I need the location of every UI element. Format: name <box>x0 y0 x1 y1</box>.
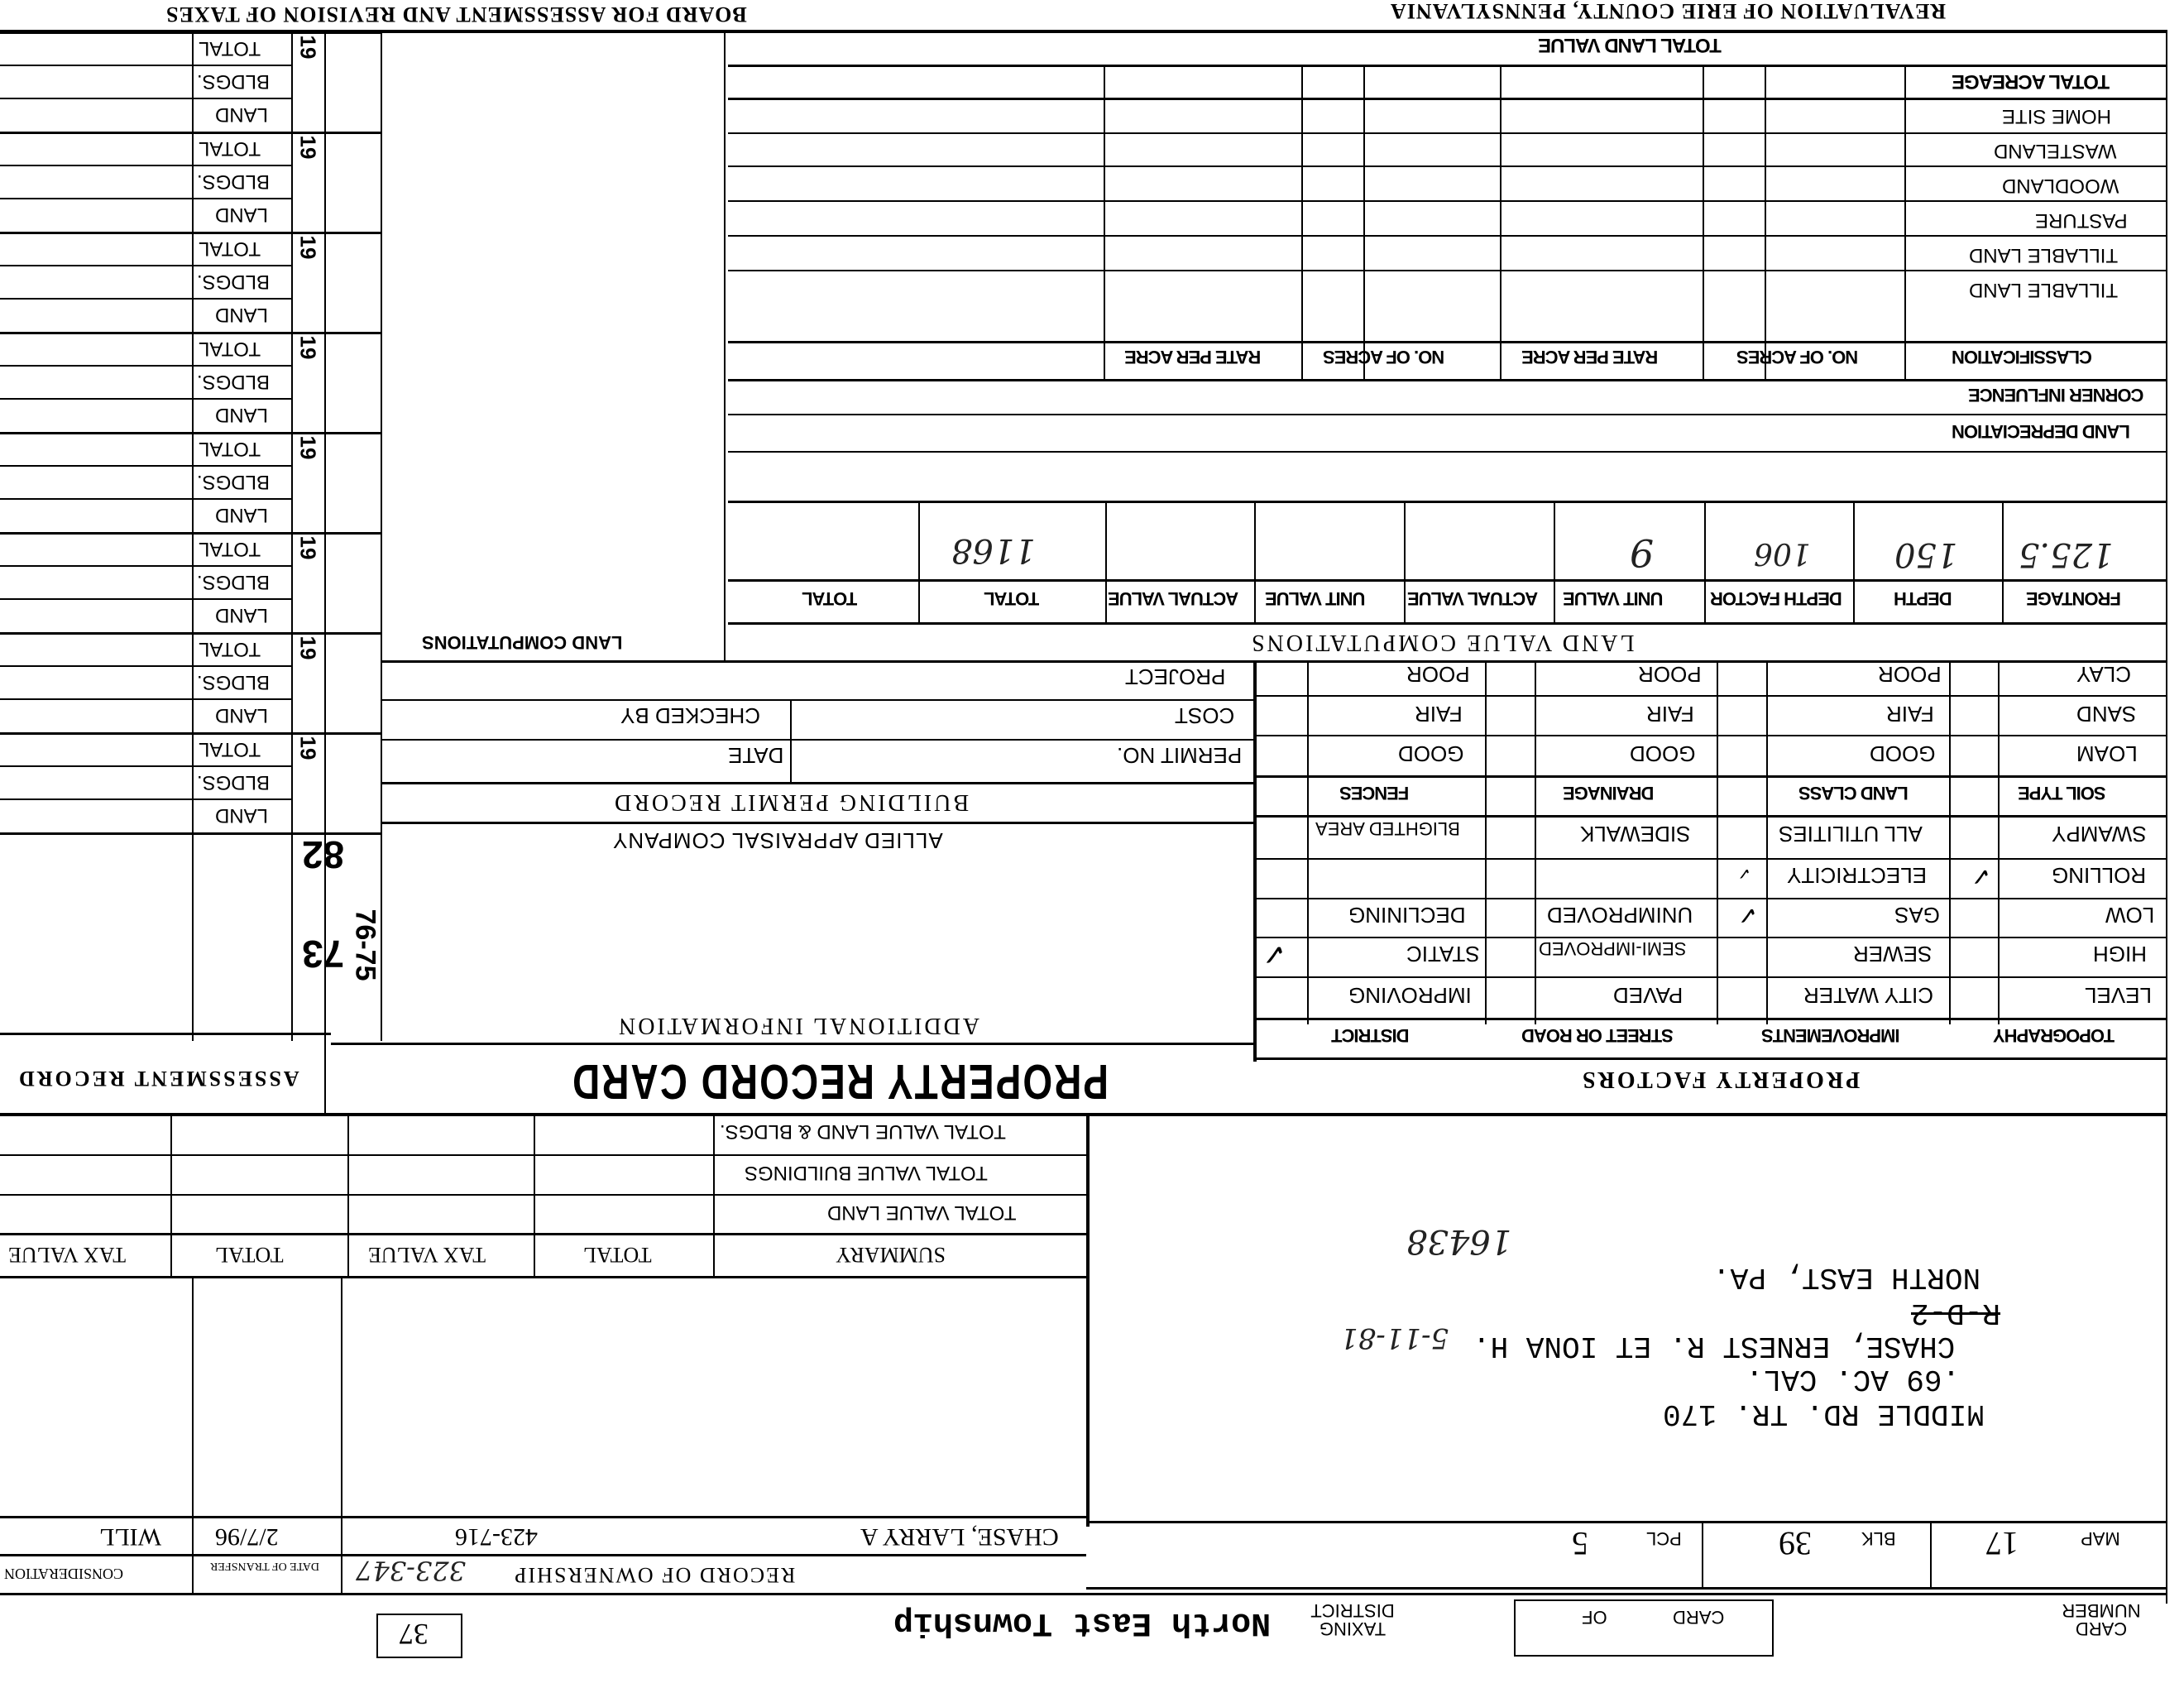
street-semi-improved: SEMI-IMPROVED <box>1539 939 1712 957</box>
assessment-label-bldgs: BLDGS. <box>197 772 270 792</box>
map-label: MAP <box>2081 1529 2120 1547</box>
owner-transfer-date: 2/7/96 <box>215 1524 279 1549</box>
landclass-poor: POOR <box>1878 664 1942 685</box>
assessment-label-bldgs: BLDGS. <box>197 572 270 592</box>
impr-sewer: SEWER <box>1853 943 1932 965</box>
property-record-card-title: PROPERTY RECORD CARD <box>571 1057 1109 1107</box>
assessment-record-title: ASSESSMENT RECORD <box>17 1067 299 1089</box>
assessment-label-land: LAND <box>215 405 268 424</box>
fences-fair: FAIR <box>1415 703 1463 725</box>
col-actual-value-1: ACTUAL VALUE <box>1408 589 1538 607</box>
col-unit-value-1: UNIT VALUE <box>1564 589 1663 607</box>
taxing-district-value: North East Township <box>893 1605 1271 1638</box>
depth-value: 150 <box>1894 538 1957 571</box>
impr-all-utilities: ALL UTILITIES <box>1779 823 1923 845</box>
owner-name: CHASE, LARRY A <box>860 1524 1059 1549</box>
card-of-box[interactable]: CARD OF <box>1514 1599 1774 1657</box>
permit-no-label: PERMIT NO. <box>1117 745 1242 766</box>
address-line-3: CHASE, ERNEST R. ET IONA H. <box>1473 1331 1955 1360</box>
assessment-label-bldgs: BLDGS. <box>197 372 270 391</box>
impr-gas: GAS <box>1894 904 1940 926</box>
assessment-label-total: TOTAL <box>199 138 261 158</box>
property-factors-title: PROPERTY FACTORS <box>1580 1067 1860 1091</box>
assessment-year-prefix: 19 <box>297 436 318 460</box>
land-depreciation-label: LAND DEPRECIATION <box>1952 422 2130 440</box>
summary-title: SUMMARY <box>836 1244 946 1265</box>
district-static: STATIC <box>1406 943 1480 965</box>
soil-loam: LOAM <box>2076 743 2138 765</box>
permit-cost-label: COST <box>1175 705 1234 727</box>
street-unimproved: UNIMPROVED <box>1547 904 1693 926</box>
owner-consideration: WILL <box>99 1524 161 1549</box>
street-sidewalk: SIDEWALK <box>1580 823 1690 845</box>
fences-poor: POOR <box>1406 664 1470 685</box>
impr-electricity: ELECTRICITY <box>1787 865 1927 886</box>
district-declining: DECLINING <box>1348 904 1466 926</box>
ownership-title: RECORD OF OWNERSHIP <box>513 1564 795 1585</box>
right-border <box>2166 31 2167 1604</box>
frontage-value: 125.5 <box>2019 538 2114 571</box>
summary-col-total-2: TOTAL <box>215 1244 284 1265</box>
assessment-label-land: LAND <box>215 505 268 525</box>
landclass-fair: FAIR <box>1886 703 1934 725</box>
map-value: 17 <box>1985 1527 2019 1560</box>
of-label: OF <box>1582 1608 1607 1626</box>
address-line-1: MIDDLE RD. TR. 170 <box>1663 1398 1985 1428</box>
fences-good: GOOD <box>1398 743 1463 765</box>
building-permit-title: BUILDING PERMIT RECORD <box>612 790 969 813</box>
permit-project-label: PROJECT <box>1125 666 1225 688</box>
row-total-acreage: TOTAL ACREAGE <box>1952 71 2110 91</box>
assessment-year-prefix: 19 <box>297 236 318 260</box>
topo-rolling: ROLLING <box>2052 865 2146 886</box>
address-line-2: .69 AC. CAL. <box>1746 1364 1960 1393</box>
topo-low: LOW <box>2105 904 2154 926</box>
land-computations-title: LAND COMPUTATIONS <box>422 633 622 651</box>
row-tillable-land-2: TILLABLE LAND <box>1969 280 2118 300</box>
address-line-5: NORTH EAST, PA. <box>1712 1262 1980 1292</box>
drainage-good: GOOD <box>1630 743 1695 765</box>
impr-city-water: CITY WATER <box>1803 985 1933 1006</box>
assessment-year-prefix: 19 <box>297 136 318 160</box>
blk-value: 39 <box>1779 1527 1812 1560</box>
drainage-fair: FAIR <box>1646 703 1694 725</box>
assessment-label-total: TOTAL <box>199 439 261 458</box>
total-value: 1168 <box>951 534 1036 567</box>
assessment-label-bldgs: BLDGS. <box>197 271 270 291</box>
assessment-year-prefix: 19 <box>297 336 318 360</box>
stamped-year-73: 73 <box>302 935 344 973</box>
summary-row-buildings: TOTAL VALUE BUILDINGS <box>745 1163 988 1182</box>
summary-col-tax-value-1: TAX VALUE <box>368 1244 486 1265</box>
handwritten-id: 16438 <box>1406 1225 1511 1258</box>
assessment-label-total: TOTAL <box>199 639 261 659</box>
box-number: 37 <box>376 1614 462 1658</box>
check-electricity: ✓ <box>1737 865 1751 881</box>
card-number-label: CARD NUMBER <box>2052 1601 2151 1638</box>
assessment-year-prefix: 19 <box>297 636 318 660</box>
revaluation-header: REVALUATION OF ERIE COUNTY, PENNSYLVANIA <box>1390 0 1946 22</box>
col-district: DISTRICT <box>1332 1026 1409 1044</box>
col-fences: FENCES <box>1340 784 1409 802</box>
col-actual-value-2: ACTUAL VALUE <box>1109 589 1238 607</box>
soil-sand: SAND <box>2076 703 2136 725</box>
board-header: BOARD FOR ASSESSMENT AND REVISION OF TAX… <box>165 3 747 25</box>
assessment-year-prefix: 19 <box>297 36 318 60</box>
summary-col-total-1: TOTAL <box>583 1244 652 1265</box>
summary-row-land-bldgs: TOTAL VALUE LAND & BLDGS. <box>720 1121 1006 1141</box>
col-topography: TOPOGRAPHY <box>1994 1026 2115 1044</box>
assessment-label-bldgs: BLDGS. <box>197 472 270 492</box>
ownership-handwritten-ref: 323-347 <box>356 1557 466 1584</box>
additional-information-label: ADDITIONAL INFORMATION <box>616 1014 979 1037</box>
check-static: ✓ <box>1262 939 1286 969</box>
assessment-label-land: LAND <box>215 104 268 124</box>
unit-value-value: 9 <box>1630 534 1654 572</box>
col-no-of-acres-1: NO. OF ACRES <box>1737 348 1858 366</box>
col-rate-per-acre-1: RATE PER ACRE <box>1522 348 1658 366</box>
assessment-label-land: LAND <box>215 204 268 224</box>
check-gas: ✓ <box>1737 902 1758 927</box>
allied-appraisal-company: ALLIED APPRAISAL COMPANY <box>612 830 943 851</box>
corner-influence-label: CORNER INFLUENCE <box>1969 386 2143 404</box>
assessment-label-land: LAND <box>215 305 268 324</box>
row-pasture: PASTURE <box>2035 210 2128 230</box>
landclass-good: GOOD <box>1870 743 1935 765</box>
assessment-label-total: TOTAL <box>199 238 261 258</box>
col-total-1: TOTAL <box>984 589 1039 607</box>
stamped-year-82: 82 <box>302 836 344 874</box>
col-no-of-acres-2: NO. OF ACRES <box>1324 348 1444 366</box>
stamped-year-76-75: 76-75 <box>351 909 379 981</box>
blk-label: BLK <box>1861 1529 1896 1547</box>
assessment-label-bldgs: BLDGS. <box>197 171 270 191</box>
handwritten-date: 5-11-81 <box>1340 1324 1449 1352</box>
depth-factor-value: 106 <box>1754 538 1811 568</box>
col-unit-value-2: UNIT VALUE <box>1266 589 1365 607</box>
owner-deed: 423-716 <box>455 1524 538 1549</box>
pcl-label: PCL <box>1646 1529 1682 1547</box>
soil-clay: CLAY <box>2076 664 2131 685</box>
col-land-class: LAND CLASS <box>1799 784 1909 802</box>
total-land-value-label: TOTAL LAND VALUE <box>1539 35 1722 55</box>
permit-date-label: DATE <box>728 745 783 766</box>
assessment-label-total: TOTAL <box>199 539 261 559</box>
row-tillable-land-1: TILLABLE LAND <box>1969 245 2118 265</box>
mid-rule <box>0 1113 2167 1116</box>
row-woodland: WOODLAND <box>2002 175 2119 195</box>
assessment-label-land: LAND <box>215 805 268 825</box>
assessment-label-land: LAND <box>215 705 268 725</box>
check-rolling: ✓ <box>1971 863 1991 888</box>
assessment-label-total: TOTAL <box>199 338 261 358</box>
district-improving: IMPROVING <box>1348 985 1472 1006</box>
topo-high: HIGH <box>2093 943 2147 965</box>
district-blighted-area: BLIGHTED AREA <box>1315 819 1481 837</box>
summary-col-tax-value-2: TAX VALUE <box>8 1244 126 1265</box>
col-total-2: TOTAL <box>802 589 857 607</box>
date-of-transfer-label: DATE OF TRANSFER <box>203 1560 327 1571</box>
col-depth: DEPTH <box>1894 589 1952 607</box>
assessment-year-prefix: 19 <box>297 536 318 560</box>
land-value-computations-title: LAND VALUE COMPUTATIONS <box>1249 631 1635 654</box>
address-line-4: R-D-2 <box>1911 1297 2000 1327</box>
assessment-label-total: TOTAL <box>199 38 261 58</box>
pcl-value: 5 <box>1572 1527 1588 1560</box>
col-frontage: FRONTAGE <box>2027 589 2121 607</box>
assessment-label-land: LAND <box>215 605 268 625</box>
col-rate-per-acre-2: RATE PER ACRE <box>1125 348 1261 366</box>
col-classification: CLASSIFICATION <box>1952 348 2092 366</box>
street-paved: PAVED <box>1613 985 1683 1006</box>
col-soil-type: SOIL TYPE <box>2019 784 2106 802</box>
permit-checked-by-label: CHECKED BY <box>620 705 760 727</box>
col-street-or-road: STREET OR ROAD <box>1522 1026 1674 1044</box>
assessment-year-prefix: 19 <box>297 736 318 760</box>
assessment-label-bldgs: BLDGS. <box>197 672 270 692</box>
consideration-label: CONSIDERATION <box>4 1566 123 1581</box>
assessment-label-total: TOTAL <box>199 739 261 759</box>
col-depth-factor: DEPTH FACTOR <box>1711 589 1842 607</box>
row-home-site: HOME SITE <box>2002 106 2111 126</box>
summary-row-land: TOTAL VALUE LAND <box>827 1202 1017 1222</box>
card-label: CARD <box>1673 1608 1724 1626</box>
col-drainage: DRAINAGE <box>1564 784 1654 802</box>
topo-swampy: SWAMPY <box>2052 823 2147 845</box>
row-wasteland: WASTELAND <box>1994 141 2116 161</box>
assessment-label-bldgs: BLDGS. <box>197 71 270 91</box>
box-number-value: 37 <box>399 1619 429 1649</box>
drainage-poor: POOR <box>1638 664 1702 685</box>
taxing-district-label: TAXING DISTRICT <box>1307 1601 1398 1638</box>
topo-level: LEVEL <box>2085 985 2152 1006</box>
col-improvements: IMPROVEMENTS <box>1762 1026 1899 1044</box>
